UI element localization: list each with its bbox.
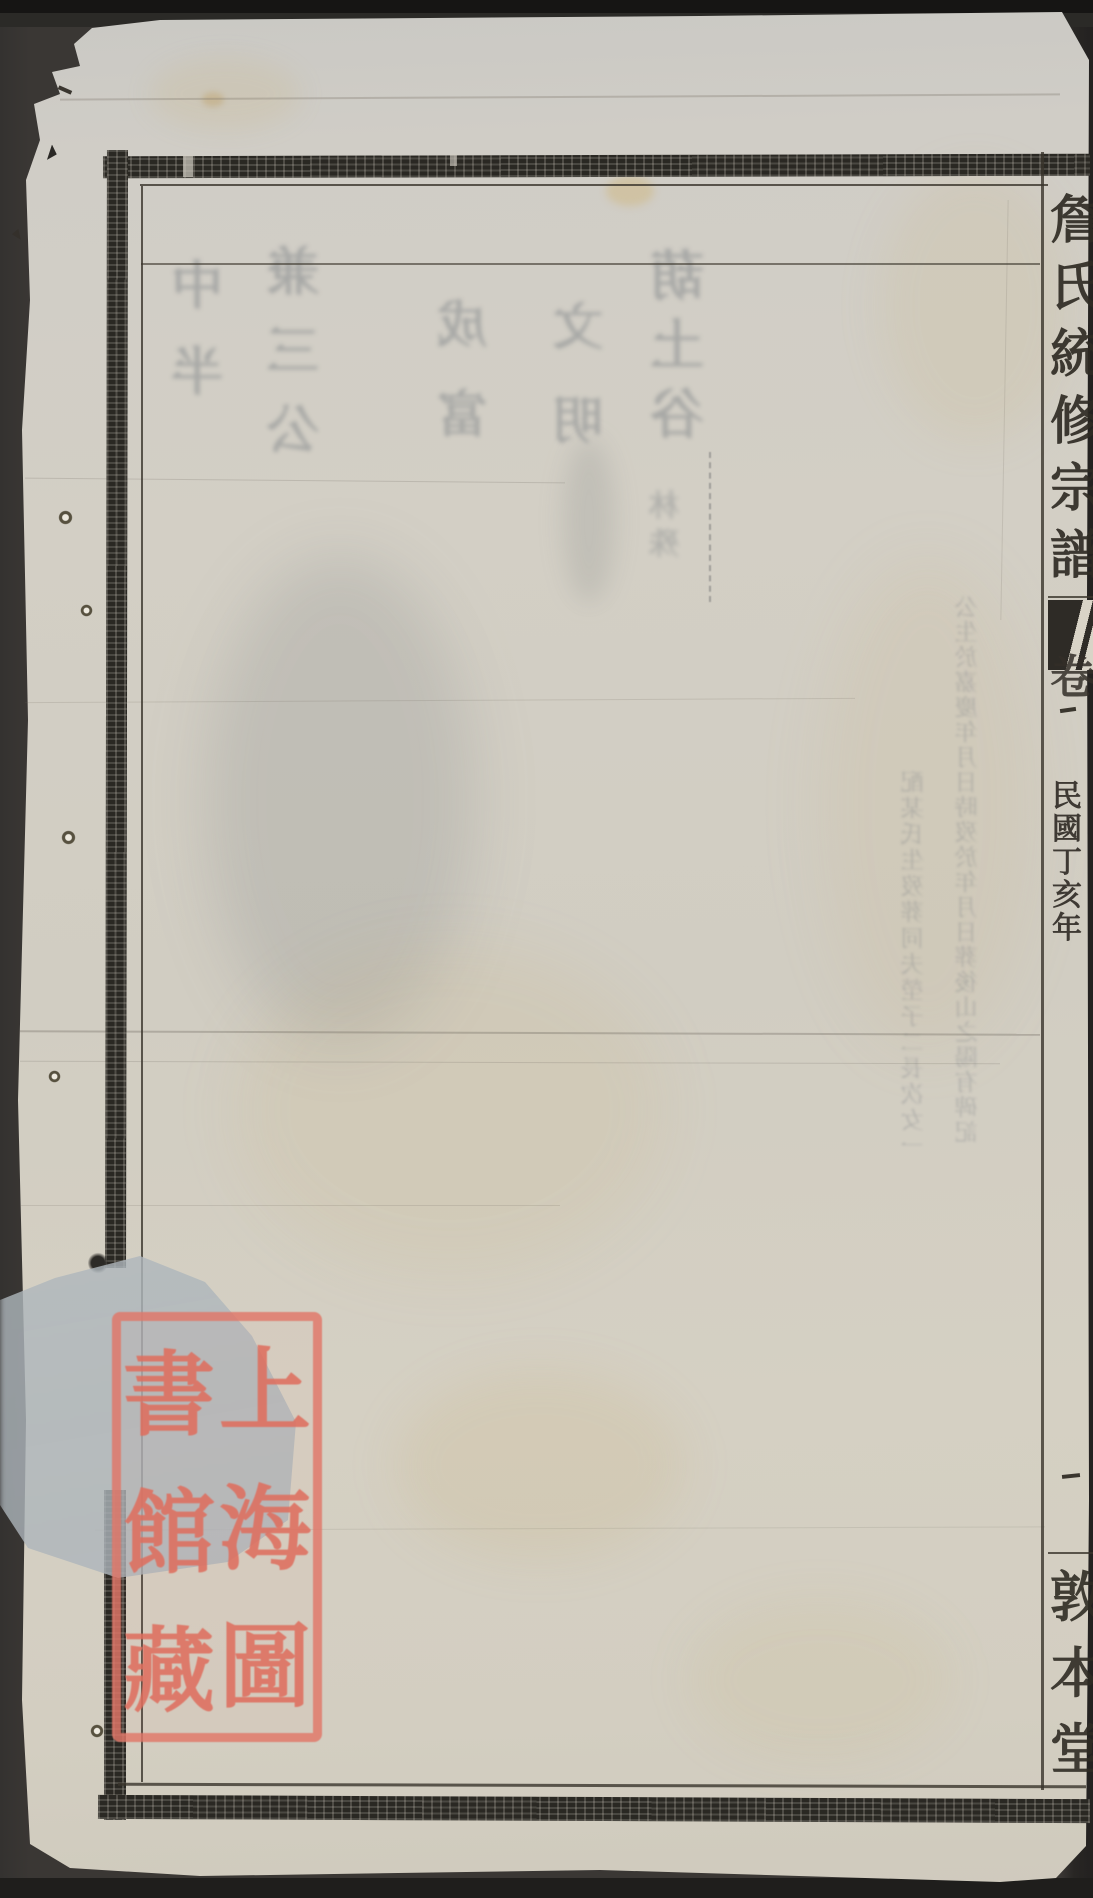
glyph: 堂 [1050, 1712, 1093, 1788]
glyph: 本 [1050, 1636, 1093, 1712]
seal-left-column: 書館藏 [123, 1327, 215, 1741]
glyph: 氏 [1050, 255, 1093, 322]
glyph: 統 [1050, 322, 1093, 389]
glyph: 丁 [1052, 846, 1088, 879]
spine-date: 民國丁亥年 [1052, 780, 1088, 945]
spine-hall-name: 敦本堂 [1050, 1560, 1093, 1788]
binding-hole [90, 1724, 104, 1738]
binding-hole [58, 510, 73, 525]
backdrop-bottom-band [0, 1878, 1093, 1898]
glyph: 民 [1052, 780, 1088, 813]
frame-bottom-bar [98, 1795, 1090, 1823]
glyph: 敦 [1050, 1560, 1093, 1636]
spine-volume-marker: 卷 [1050, 652, 1093, 702]
glyph: 詹 [1050, 188, 1093, 255]
backdrop-top-band [0, 0, 1093, 13]
frame-top-bar-break [183, 155, 193, 177]
glyph: 修 [1050, 389, 1093, 456]
glyph: 年 [1052, 912, 1088, 945]
frame-top-bar [103, 154, 1090, 179]
seal-right-column: 上海圖 [219, 1323, 311, 1737]
binding-hole [80, 604, 93, 617]
frame-left-bar [105, 150, 128, 1268]
glyph: 宗 [1050, 456, 1093, 523]
scanned-page-photo: 葫土谷 文明 成富 兼三公 中半 林殊 公生於嘉慶年月日時歿於年月日葬後山之陽有… [0, 0, 1093, 1898]
glyph: 亥 [1052, 879, 1088, 912]
library-seal: 上海圖 書館藏 [112, 1312, 322, 1742]
glyph: 國 [1052, 813, 1088, 846]
glyph: 上 [219, 1323, 311, 1461]
spine-divider [1048, 596, 1093, 598]
glyph: 圖 [219, 1599, 311, 1737]
binding-hole [61, 830, 76, 845]
spine-divider [1048, 1552, 1093, 1554]
glyph: 館 [123, 1465, 215, 1603]
frame-inner-top-line [140, 184, 1048, 186]
torn-edge-speck [11, 229, 23, 242]
glyph: 海 [219, 1461, 311, 1599]
glyph: 譜 [1050, 523, 1093, 590]
frame-second-top-line [141, 263, 1040, 265]
faint-vertical-mark [709, 452, 711, 602]
glyph: 藏 [123, 1603, 215, 1741]
frame-right-line [1041, 152, 1044, 1790]
glyph: 卷 [1050, 652, 1093, 702]
glyph: 書 [123, 1327, 215, 1465]
frame-top-bar-break [450, 154, 457, 166]
binding-hole [48, 1070, 61, 1083]
spine-title: 詹氏統修宗譜 [1050, 188, 1093, 590]
